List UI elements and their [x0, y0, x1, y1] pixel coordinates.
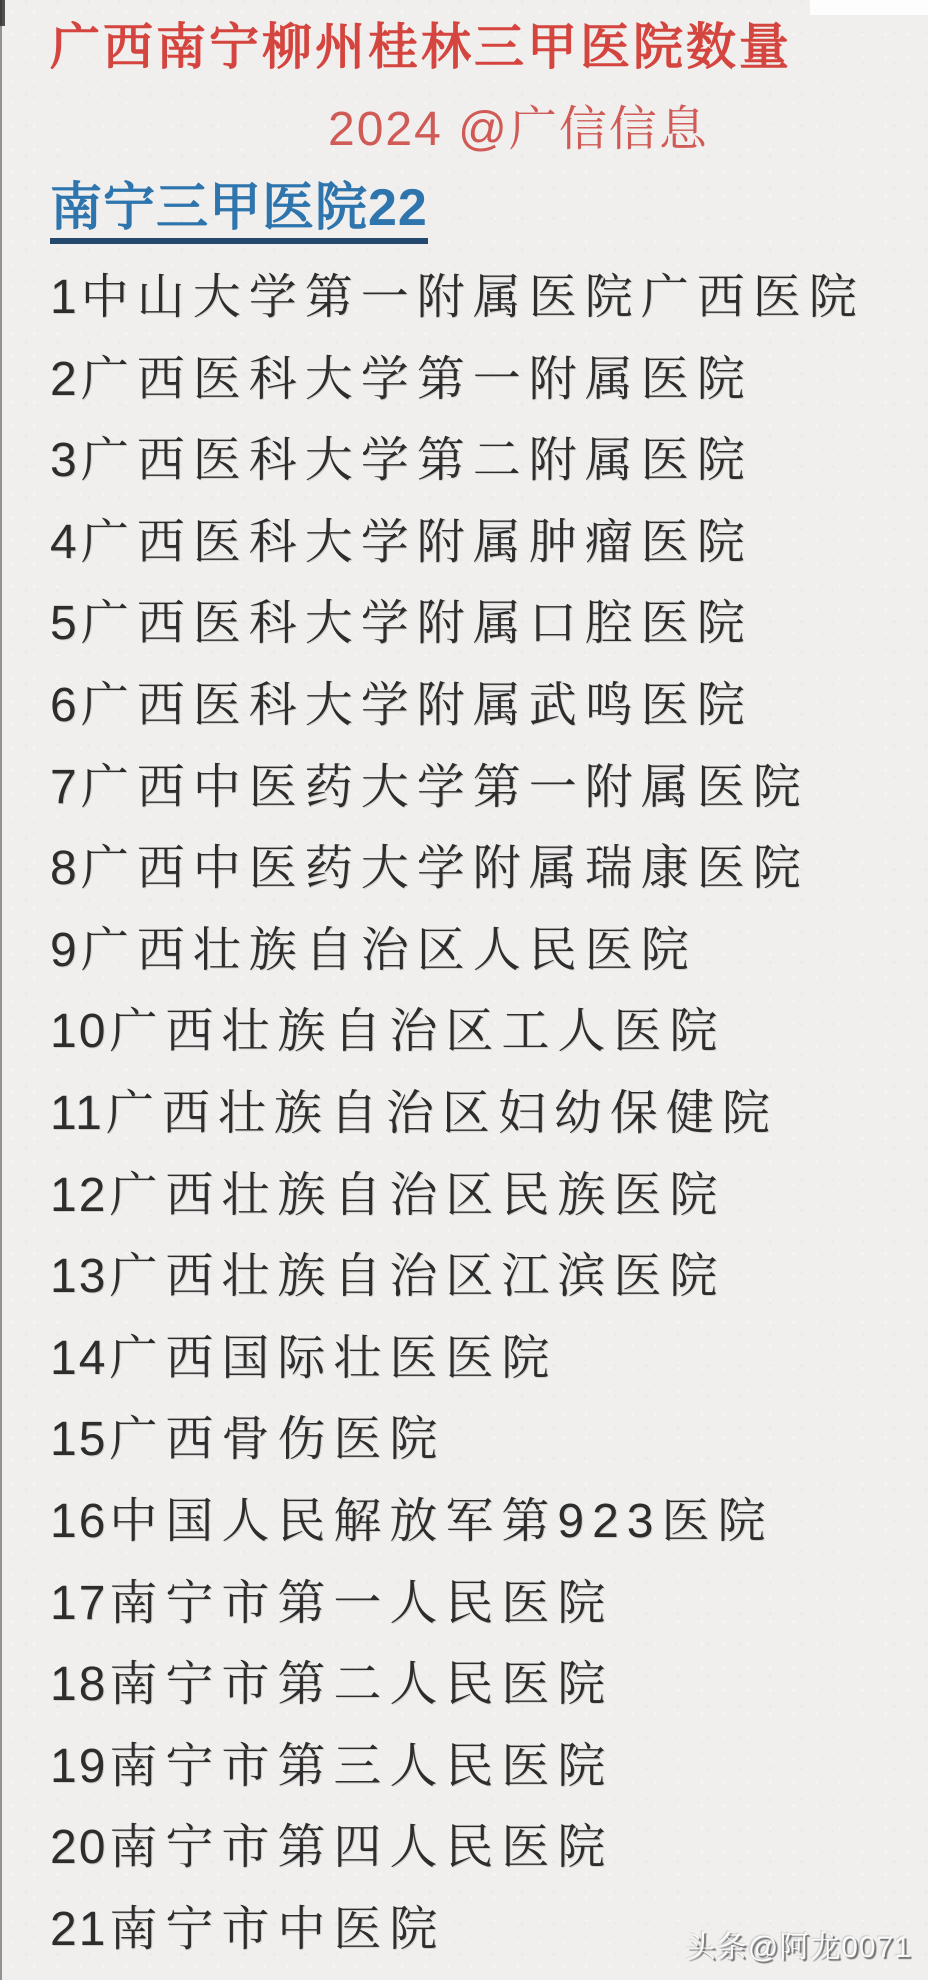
watermark-credit: 头条@阿龙0071	[686, 1922, 912, 1966]
hospital-list-item: 11广西壮族自治区妇幼保健院	[50, 1084, 865, 1166]
hospital-list-item: 10广西壮族自治区工人医院	[50, 1002, 865, 1084]
infographic-page: 广西南宁柳州桂林三甲医院数量 2024 @广信信息 南宁三甲医院22 1中山大学…	[0, 0, 928, 1980]
hospital-number: 21	[50, 1903, 107, 1956]
hospital-number: 5	[50, 597, 79, 650]
hospital-list-item: 17南宁市第一人民医院	[50, 1574, 865, 1656]
hospital-list-item: 6广西医科大学附属武鸣医院	[50, 676, 865, 758]
hospital-number: 6	[50, 679, 79, 732]
hospital-name: 中国人民解放军第923医院	[109, 1495, 773, 1548]
hospital-number: 13	[50, 1250, 107, 1303]
hospital-name: 南宁市中医院	[109, 1903, 445, 1956]
hospital-number: 1	[50, 271, 79, 324]
hospital-number: 20	[50, 1821, 107, 1874]
hospital-number: 10	[50, 1005, 107, 1058]
hospital-name: 广西壮族自治区江滨医院	[109, 1250, 725, 1303]
hospital-list-item: 16中国人民解放军第923医院	[50, 1492, 865, 1574]
page-title: 广西南宁柳州桂林三甲医院数量	[50, 20, 792, 75]
hospital-list-item: 15广西骨伤医院	[50, 1410, 865, 1492]
hospital-number: 11	[50, 1087, 104, 1140]
hospital-number: 12	[50, 1169, 107, 1222]
hospital-name: 广西国际壮医医院	[109, 1332, 557, 1385]
hospital-name: 广西壮族自治区工人医院	[109, 1005, 725, 1058]
hospital-name: 广西壮族自治区妇幼保健院	[106, 1087, 778, 1140]
hospital-list-item: 19南宁市第三人民医院	[50, 1737, 865, 1819]
section-header-nanning: 南宁三甲医院22	[50, 180, 428, 244]
hospital-name: 广西医科大学附属口腔医院	[81, 597, 753, 650]
hospital-number: 8	[50, 842, 79, 895]
hospital-name: 广西中医药大学附属瑞康医院	[81, 842, 809, 895]
hospital-number: 19	[50, 1740, 107, 1793]
hospital-name: 广西医科大学附属肿瘤医院	[81, 516, 753, 569]
hospital-number: 14	[50, 1332, 107, 1385]
hospital-list-item: 20南宁市第四人民医院	[50, 1818, 865, 1900]
hospital-name: 南宁市第一人民医院	[109, 1577, 613, 1630]
hospital-name: 广西医科大学附属武鸣医院	[81, 679, 753, 732]
hospital-list-item: 9广西壮族自治区人民医院	[50, 921, 865, 1003]
hospital-number: 17	[50, 1577, 107, 1630]
top-right-white-strip	[810, 0, 928, 15]
hospital-name: 广西中医药大学第一附属医院	[81, 761, 809, 814]
hospital-number: 2	[50, 353, 79, 406]
hospital-name: 南宁市第三人民医院	[109, 1740, 613, 1793]
hospital-number: 15	[50, 1413, 107, 1466]
hospital-list-item: 4广西医科大学附属肿瘤医院	[50, 513, 865, 595]
hospital-name: 南宁市第四人民医院	[109, 1821, 613, 1874]
hospital-number: 3	[50, 434, 79, 487]
hospital-list-item: 12广西壮族自治区民族医院	[50, 1166, 865, 1248]
hospital-name: 中山大学第一附属医院广西医院	[81, 271, 865, 324]
left-edge-line	[0, 0, 2, 1980]
hospital-name: 广西壮族自治区人民医院	[81, 924, 697, 977]
hospital-list-item: 1中山大学第一附属医院广西医院	[50, 268, 865, 350]
hospital-list-item: 8广西中医药大学附属瑞康医院	[50, 839, 865, 921]
hospital-number: 7	[50, 761, 79, 814]
hospital-name: 广西医科大学第一附属医院	[81, 353, 753, 406]
hospital-number: 16	[50, 1495, 107, 1548]
hospital-name: 广西壮族自治区民族医院	[109, 1169, 725, 1222]
hospital-list: 1中山大学第一附属医院广西医院2广西医科大学第一附属医院3广西医科大学第二附属医…	[50, 268, 865, 1980]
hospital-name: 广西骨伤医院	[109, 1413, 445, 1466]
hospital-list-item: 7广西中医药大学第一附属医院	[50, 758, 865, 840]
hospital-name: 南宁市第二人民医院	[109, 1658, 613, 1711]
left-edge-corner-mark	[0, 0, 5, 26]
hospital-list-item: 2广西医科大学第一附属医院	[50, 350, 865, 432]
hospital-list-item: 18南宁市第二人民医院	[50, 1655, 865, 1737]
hospital-number: 18	[50, 1658, 107, 1711]
hospital-number: 4	[50, 516, 79, 569]
hospital-list-item: 3广西医科大学第二附属医院	[50, 431, 865, 513]
hospital-list-item: 13广西壮族自治区江滨医院	[50, 1247, 865, 1329]
hospital-number: 9	[50, 924, 79, 977]
page-subtitle: 2024 @广信信息	[328, 102, 709, 157]
hospital-list-item: 14广西国际壮医医院	[50, 1329, 865, 1411]
hospital-list-item: 5广西医科大学附属口腔医院	[50, 594, 865, 676]
hospital-name: 广西医科大学第二附属医院	[81, 434, 753, 487]
